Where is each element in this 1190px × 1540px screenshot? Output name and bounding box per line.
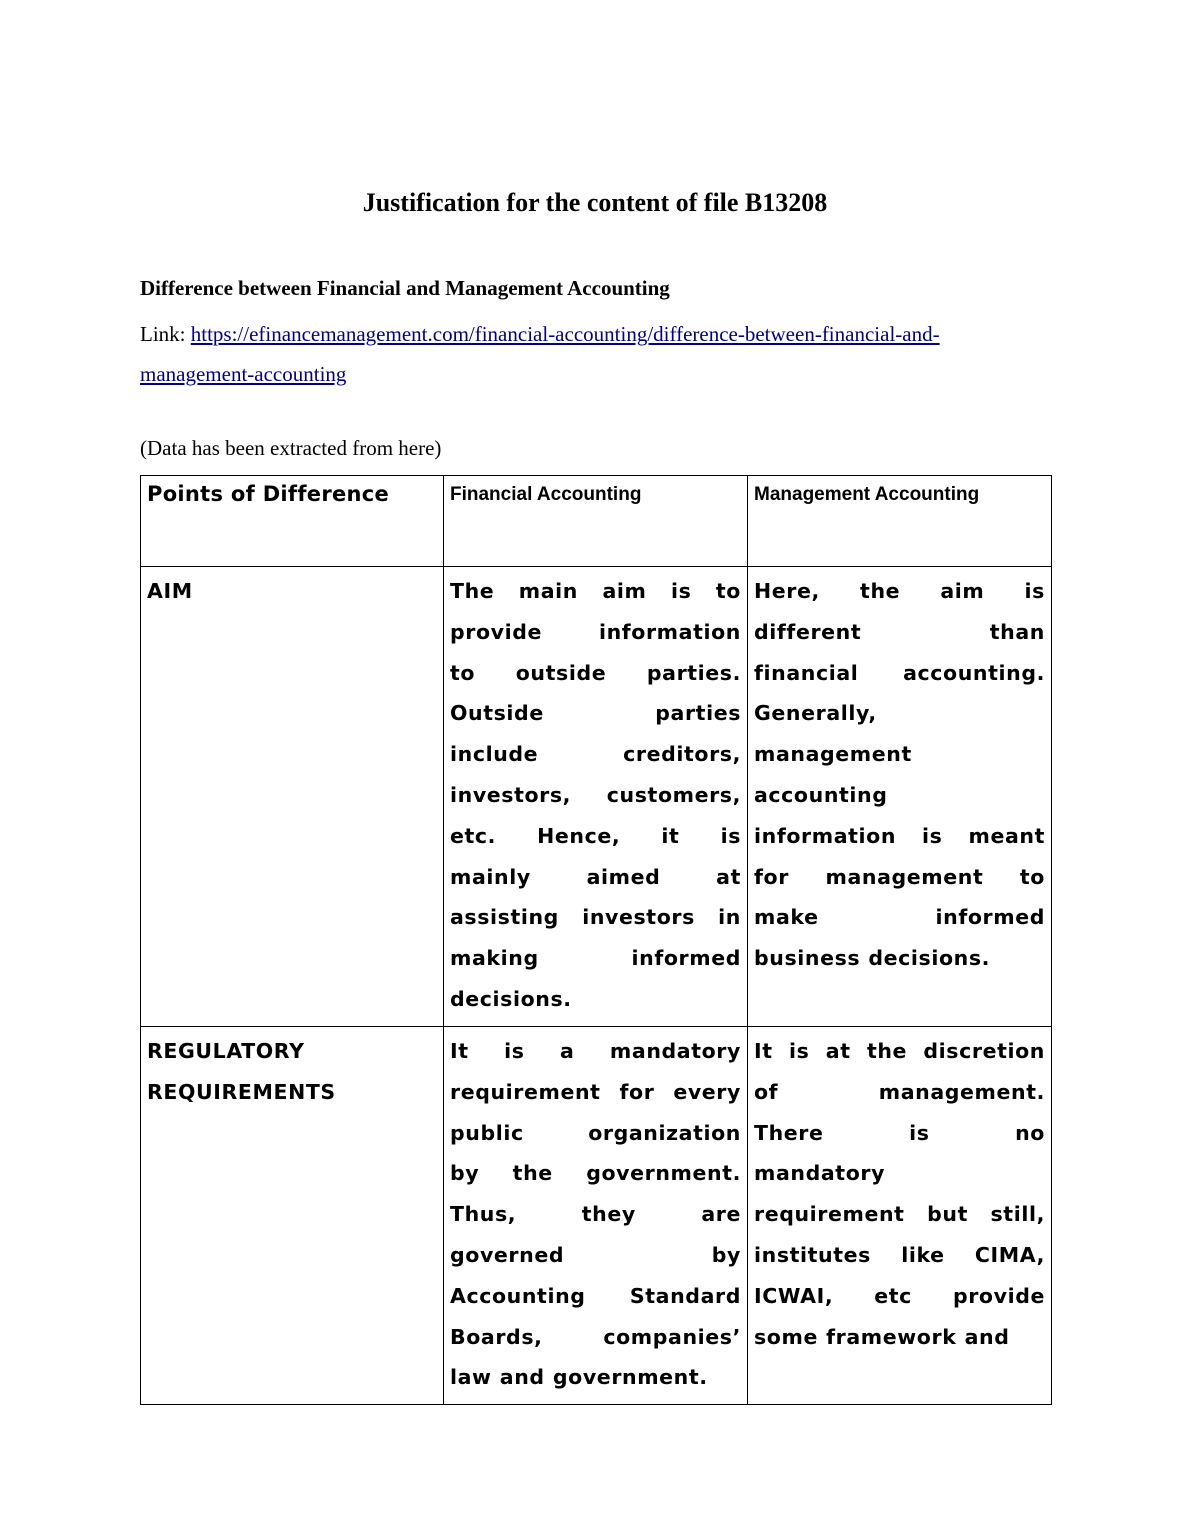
cell-text-line: provideinformation [450,612,741,653]
cell-text-line: etc.Hence,itis [450,816,741,857]
cell-text-line: REGULATORY [147,1031,437,1072]
comparison-table: Points of Difference Financial Accountin… [140,475,1052,1405]
cell-text-line: publicorganization [450,1113,741,1154]
cell-text-line: Here,theaimis [754,571,1045,612]
cell-financial-regulatory: Itisamandatoryrequirementforeverypublico… [444,1027,748,1405]
cell-text-line: Outsideparties [450,693,741,734]
cell-text-line: assistinginvestorsin [450,897,741,938]
cell-text-line: formanagementto [754,857,1045,898]
cell-text-line: financialaccounting. [754,653,1045,694]
table-header-row: Points of Difference Financial Accountin… [141,476,1052,567]
cell-text-line: differentthan [754,612,1045,653]
table-row: REGULATORYREQUIREMENTS Itisamandatoryreq… [141,1027,1052,1405]
table-row: AIM Themainaimistoprovideinformationtoou… [141,567,1052,1027]
row-label-regulatory-requirements: REGULATORYREQUIREMENTS [141,1027,444,1405]
cell-text-line: Itisamandatory [450,1031,741,1072]
section-heading: Difference between Financial and Managem… [140,274,670,302]
cell-text-line: informationismeant [754,816,1045,857]
cell-text-line: makeinformed [754,897,1045,938]
cell-text-line: Themainaimisto [450,571,741,612]
cell-text-line: Boards,companies’ [450,1317,741,1358]
cell-management-regulatory: Itisatthediscretionofmanagement.Thereisn… [748,1027,1052,1405]
cell-text-line: instituteslikeCIMA, [754,1235,1045,1276]
cell-text-line: Thereisno [754,1113,1045,1154]
document-page: Justification for the content of file B1… [0,0,1190,1540]
cell-text-line: includecreditors, [450,734,741,775]
cell-text-line: makinginformed [450,938,741,979]
document-title: Justification for the content of file B1… [0,186,1190,220]
cell-text-line: tooutsideparties. [450,653,741,694]
cell-text-line: lawandgovernment. [450,1357,741,1398]
cell-financial-aim: Themainaimistoprovideinformationtooutsid… [444,567,748,1027]
source-link[interactable]: https://efinancemanagement.com/financial… [140,322,940,386]
cell-text-line: REQUIREMENTS [147,1072,437,1113]
cell-text-line: AccountingStandard [450,1276,741,1317]
source-note: (Data has been extracted from here) [140,434,441,462]
cell-text-line: investors,customers, [450,775,741,816]
cell-text-line: mainlyaimedat [450,857,741,898]
cell-text-line: governedby [450,1235,741,1276]
header-management-accounting: Management Accounting [748,476,1052,567]
header-points-of-difference: Points of Difference [141,476,444,567]
cell-text-line: bythegovernment. [450,1153,741,1194]
cell-text-line: businessdecisions. [754,938,1045,979]
row-label-aim: AIM [141,567,444,1027]
link-label: Link: [140,322,191,346]
header-financial-accounting: Financial Accounting [444,476,748,567]
cell-text-line: Generally, [754,693,1045,734]
cell-text-line: ofmanagement. [754,1072,1045,1113]
cell-text-line: accounting [754,775,1045,816]
cell-text-line: ICWAI,etcprovide [754,1276,1045,1317]
cell-text-line: requirementforevery [450,1072,741,1113]
cell-text-line: requirementbutstill, [754,1194,1045,1235]
cell-text-line: mandatory [754,1153,1045,1194]
cell-text-line: decisions. [450,979,741,1020]
source-link-paragraph: Link: https://efinancemanagement.com/fin… [140,314,1050,394]
cell-management-aim: Here,theaimisdifferentthanfinancialaccou… [748,567,1052,1027]
cell-text-line: management [754,734,1045,775]
cell-text-line: someframeworkand [754,1317,1045,1358]
cell-text-line: Itisatthediscretion [754,1031,1045,1072]
cell-text-line: Thus,theyare [450,1194,741,1235]
